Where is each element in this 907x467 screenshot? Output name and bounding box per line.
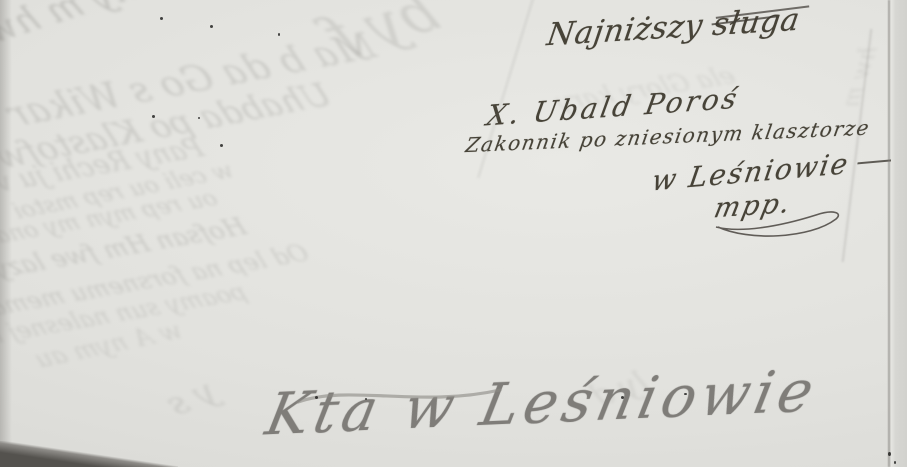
dust-speck: [621, 396, 624, 399]
dust-speck: [894, 461, 896, 464]
dust-speck: [152, 115, 155, 118]
dust-speck: [888, 452, 891, 456]
bleedthrough-fragment: uny m hw: [0, 0, 166, 52]
pencil-swash-stroke: [296, 382, 506, 410]
dust-speck: [315, 396, 318, 399]
dust-speck: [160, 17, 163, 20]
page-fold-line: [888, 0, 890, 467]
dust-speck: [210, 25, 213, 28]
left-edge-shadow: [0, 0, 12, 467]
salutation-line: Najniższy sługa: [545, 2, 803, 54]
dust-speck: [198, 117, 200, 119]
dust-speck: [365, 398, 367, 400]
bleedthrough-fragment: y s: [158, 372, 225, 424]
dust-speck: [278, 33, 280, 36]
dust-speck: [220, 144, 223, 147]
bleedthrough-fragment: hw m: [837, 45, 883, 108]
scanner-corner-shadow: [0, 441, 178, 467]
manuscript-scan-page: uny m hw by f Ma b da Go s Wikar ela Glo…: [0, 0, 907, 467]
dust-speck: [684, 393, 687, 395]
mpp-underline-flourish: [714, 205, 864, 245]
page-edge-band: [891, 0, 907, 467]
